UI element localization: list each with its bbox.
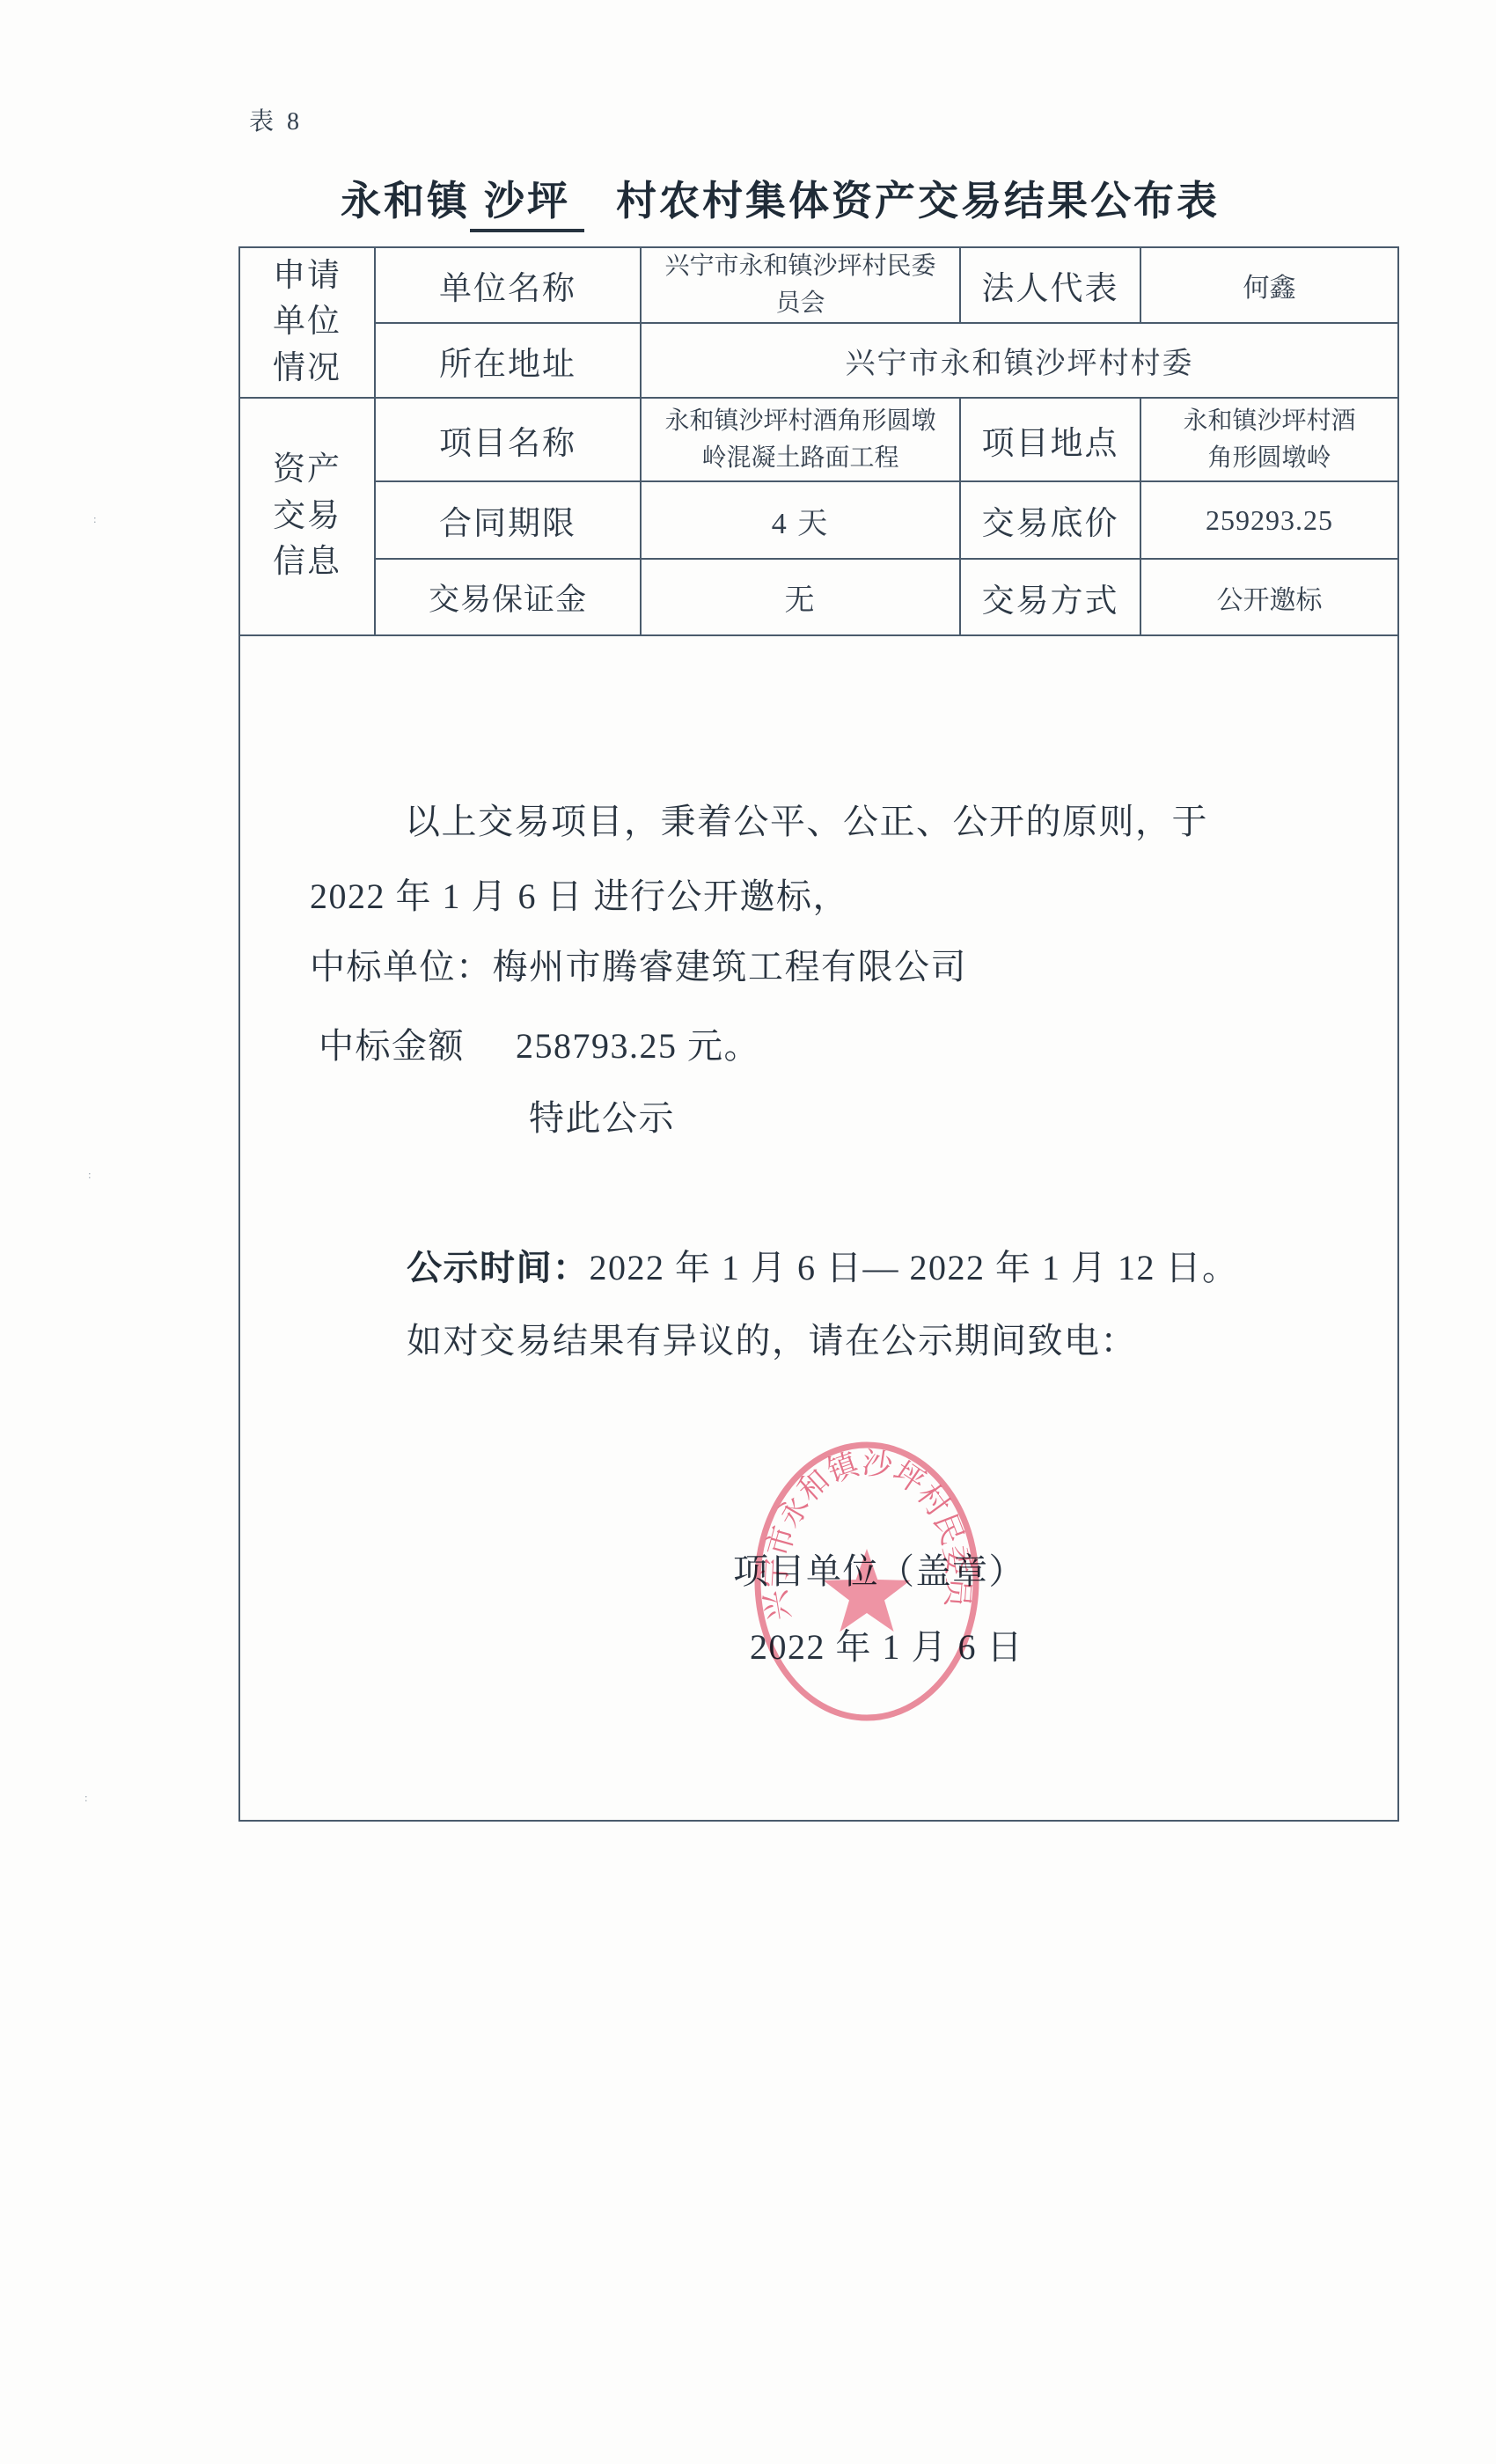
seal-ring-text: 兴宁市永和镇沙坪村民委员会	[751, 1438, 976, 1623]
cell-project-site-label: 项目地点	[960, 398, 1140, 481]
cell-unit-name-value: 兴宁市永和镇沙坪村民委员会	[641, 247, 960, 323]
cell-applicant-group: 申请单位情况	[239, 247, 375, 398]
cell-trade-mode-value: 公开邀标	[1140, 559, 1398, 635]
announcement-intro-line2: 2022 年 1 月 6 日 进行公开邀标，	[310, 869, 849, 919]
cell-project-name-value: 永和镇沙坪村酒角形圆墩岭混凝土路面工程	[641, 398, 960, 481]
cell-asset-group: 资产交易信息	[239, 398, 375, 635]
cell-floor-price-label: 交易底价	[960, 481, 1140, 559]
cell-unit-name-label: 单位名称	[375, 247, 641, 323]
row-project-name: 资产交易信息 项目名称 永和镇沙坪村酒角形圆墩岭混凝土路面工程 项目地点 永和镇…	[239, 398, 1398, 481]
cell-project-site-value: 永和镇沙坪村酒角形圆墩岭	[1140, 398, 1398, 481]
cell-contract-term-label: 合同期限	[375, 481, 641, 559]
amount-value: 258793.25 元。	[516, 1026, 760, 1066]
announcement-period-line: 公示时间：2022 年 1 月 6 日— 2022 年 1 月 12 日。	[407, 1240, 1239, 1290]
row-address: 所在地址 兴宁市永和镇沙坪村村委	[239, 323, 1398, 398]
cell-project-name-label: 项目名称	[375, 398, 641, 481]
document-title: 永和镇沙坪村农村集体资产交易结果公布表	[341, 169, 1220, 232]
cell-legal-rep-value: 何鑫	[1140, 247, 1398, 323]
result-announcement-table: 申请单位情况 单位名称 兴宁市永和镇沙坪村民委员会 法人代表 何鑫 所在地址 兴…	[238, 246, 1399, 1822]
announcement-amount-line: 中标金额258793.25 元。	[319, 1018, 760, 1068]
period-value: 2022 年 1 月 6 日— 2022 年 1 月 12 日。	[590, 1248, 1239, 1287]
cell-deposit-label: 交易保证金	[375, 559, 641, 635]
signature-date: 2022 年 1 月 6 日	[750, 1619, 1023, 1669]
cell-floor-price-value: 259293.25	[1140, 481, 1398, 559]
cell-trade-mode-label: 交易方式	[960, 559, 1140, 635]
amount-label: 中标金额	[319, 1026, 465, 1066]
form-number: 表 8	[249, 102, 303, 137]
signature-line: 项目单位（盖章）	[733, 1544, 1025, 1594]
cell-contract-term-value: 4 天	[641, 481, 960, 559]
scanned-document-page: 表 8 永和镇沙坪村农村集体资产交易结果公布表 申请单位情况 单位名称 兴宁市永…	[0, 0, 1496, 2464]
row-contract-term: 合同期限 4 天 交易底价 259293.25	[239, 481, 1398, 559]
row-announcement-body: 以上交易项目，秉着公平、公正、公开的原则，于 2022 年 1 月 6 日 进行…	[239, 635, 1398, 1821]
announcement-intro-line1: 以上交易项目，秉着公平、公正、公开的原则，于	[405, 794, 1208, 844]
announcement-body-cell: 以上交易项目，秉着公平、公正、公开的原则，于 2022 年 1 月 6 日 进行…	[239, 635, 1398, 1821]
announcement-winner-line: 中标单位：梅州市腾睿建筑工程有限公司	[310, 939, 967, 989]
title-suffix: 村农村集体资产交易结果公布表	[616, 179, 1220, 224]
applicant-group-label: 申请单位情况	[271, 253, 343, 392]
scan-speck: :	[93, 513, 97, 524]
cell-deposit-value: 无	[641, 559, 960, 635]
row-deposit: 交易保证金 无 交易方式 公开邀标	[239, 559, 1398, 635]
cell-address-value: 兴宁市永和镇沙坪村村委	[641, 323, 1398, 398]
asset-group-label: 资产交易信息	[271, 447, 343, 586]
scan-speck: :	[88, 1169, 92, 1180]
scan-speck: :	[84, 1792, 88, 1803]
title-prefix: 永和镇	[341, 179, 470, 224]
cell-legal-rep-label: 法人代表	[960, 247, 1140, 323]
cell-address-label: 所在地址	[375, 323, 641, 398]
row-unit-name: 申请单位情况 单位名称 兴宁市永和镇沙坪村民委员会 法人代表 何鑫	[239, 247, 1398, 323]
announcement-notice: 特此公示	[529, 1090, 675, 1140]
period-label: 公示时间：	[407, 1248, 590, 1287]
announcement-objection-line: 如对交易结果有异议的，请在公示期间致电：	[407, 1313, 1137, 1363]
title-underlined-village: 沙坪	[470, 169, 584, 232]
